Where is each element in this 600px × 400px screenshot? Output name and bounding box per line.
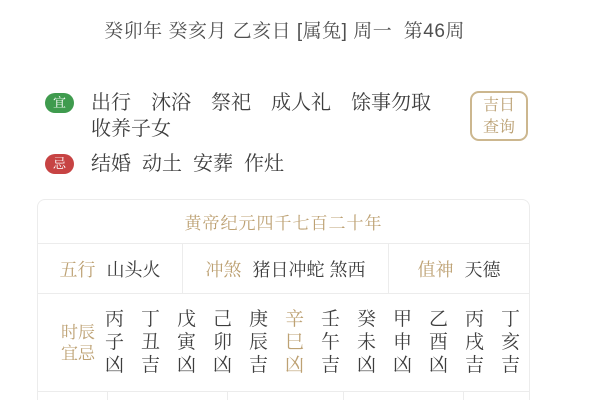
next-row-partial <box>38 392 529 400</box>
avoid-row: 忌 结婚动土安葬作灶 <box>45 151 465 177</box>
partial-cell <box>464 392 529 400</box>
zhishen-label: 值神 <box>418 256 454 282</box>
chongsha-label: 冲煞 <box>205 256 241 282</box>
suitable-row: 宜 出行沐浴祭祀成人礼馀事勿取收养子女 <box>45 90 465 142</box>
hour-column: 己卯凶 <box>212 308 233 377</box>
avoid-item: 安葬 <box>193 151 233 177</box>
suitable-item: 馀事勿取 <box>351 90 431 116</box>
partial-cell <box>344 392 464 400</box>
hour-column: 壬午吉 <box>320 308 341 377</box>
suitable-item: 成人礼 <box>271 90 331 116</box>
hours-row: 时辰 宜忌 丙子凶丁丑吉戊寅凶己卯凶庚辰吉辛巳凶壬午吉癸未凶甲申凶乙酉凶丙戌吉丁… <box>38 294 529 392</box>
hour-column: 乙酉凶 <box>428 308 449 377</box>
ganzhi-date-line: 癸卯年 癸亥月 乙亥日 [属兔] 周一 第46周 <box>37 16 532 43</box>
hour-column: 戊寅凶 <box>176 308 197 377</box>
info-row: 五行 山头火 冲煞 猪日冲蛇 煞西 值神 天德 <box>38 244 529 294</box>
hours-label: 时辰 宜忌 <box>52 322 104 364</box>
hour-column: 甲申凶 <box>392 308 413 377</box>
avoid-badge: 忌 <box>45 154 74 174</box>
lucky-day-query-line1: 吉日 <box>472 95 526 117</box>
suitable-item: 出行 <box>91 90 131 116</box>
suitable-item: 沐浴 <box>151 90 191 116</box>
almanac-page: { "colors": { "gold": "#bda173", "green"… <box>0 0 600 400</box>
hour-column: 丙戌吉 <box>464 308 485 377</box>
avoid-item: 作灶 <box>244 151 284 177</box>
lucky-day-query-button[interactable]: 吉日 查询 <box>470 91 528 141</box>
almanac-table: 黄帝纪元四千七百二十年 五行 山头火 冲煞 猪日冲蛇 煞西 值神 天德 时辰 宜… <box>37 199 530 400</box>
partial-cell <box>228 392 344 400</box>
content-area: 癸卯年 癸亥月 乙亥日 [属兔] 周一 第46周 宜 出行沐浴祭祀成人礼馀事勿取… <box>37 0 532 400</box>
lucky-day-query-line2: 查询 <box>472 117 526 139</box>
chongsha-cell: 冲煞 猪日冲蛇 煞西 <box>183 244 389 293</box>
hour-column: 辛巳凶 <box>284 308 305 377</box>
hour-column: 庚辰吉 <box>248 308 269 377</box>
wuxing-value: 山头火 <box>107 256 161 282</box>
chongsha-value: 猪日冲蛇 煞西 <box>252 256 365 282</box>
suitable-item: 收养子女 <box>91 116 171 142</box>
partial-cell <box>108 392 228 400</box>
avoid-items-list: 结婚动土安葬作灶 <box>91 151 453 177</box>
hour-columns: 丙子凶丁丑吉戊寅凶己卯凶庚辰吉辛巳凶壬午吉癸未凶甲申凶乙酉凶丙戌吉丁亥吉 <box>104 308 521 377</box>
zhishen-value: 天德 <box>465 256 501 282</box>
wuxing-label: 五行 <box>60 256 96 282</box>
partial-cell <box>38 392 108 400</box>
hour-column: 丙子凶 <box>104 308 125 377</box>
suitable-items-list: 出行沐浴祭祀成人礼馀事勿取收养子女 <box>91 90 453 142</box>
hour-column: 丁亥吉 <box>500 308 521 377</box>
suitable-item: 祭祀 <box>211 90 251 116</box>
era-title: 黄帝纪元四千七百二十年 <box>38 200 529 244</box>
yi-ji-section: 宜 出行沐浴祭祀成人礼馀事勿取收养子女 忌 结婚动土安葬作灶 <box>45 90 465 186</box>
avoid-item: 结婚 <box>91 151 131 177</box>
hours-label-line1: 时辰 <box>52 322 104 343</box>
hour-column: 丁丑吉 <box>140 308 161 377</box>
wuxing-cell: 五行 山头火 <box>38 244 183 293</box>
avoid-item: 动土 <box>142 151 182 177</box>
zhishen-cell: 值神 天德 <box>389 244 529 293</box>
suitable-badge: 宜 <box>45 93 74 113</box>
hour-column: 癸未凶 <box>356 308 377 377</box>
hours-label-line2: 宜忌 <box>52 343 104 364</box>
